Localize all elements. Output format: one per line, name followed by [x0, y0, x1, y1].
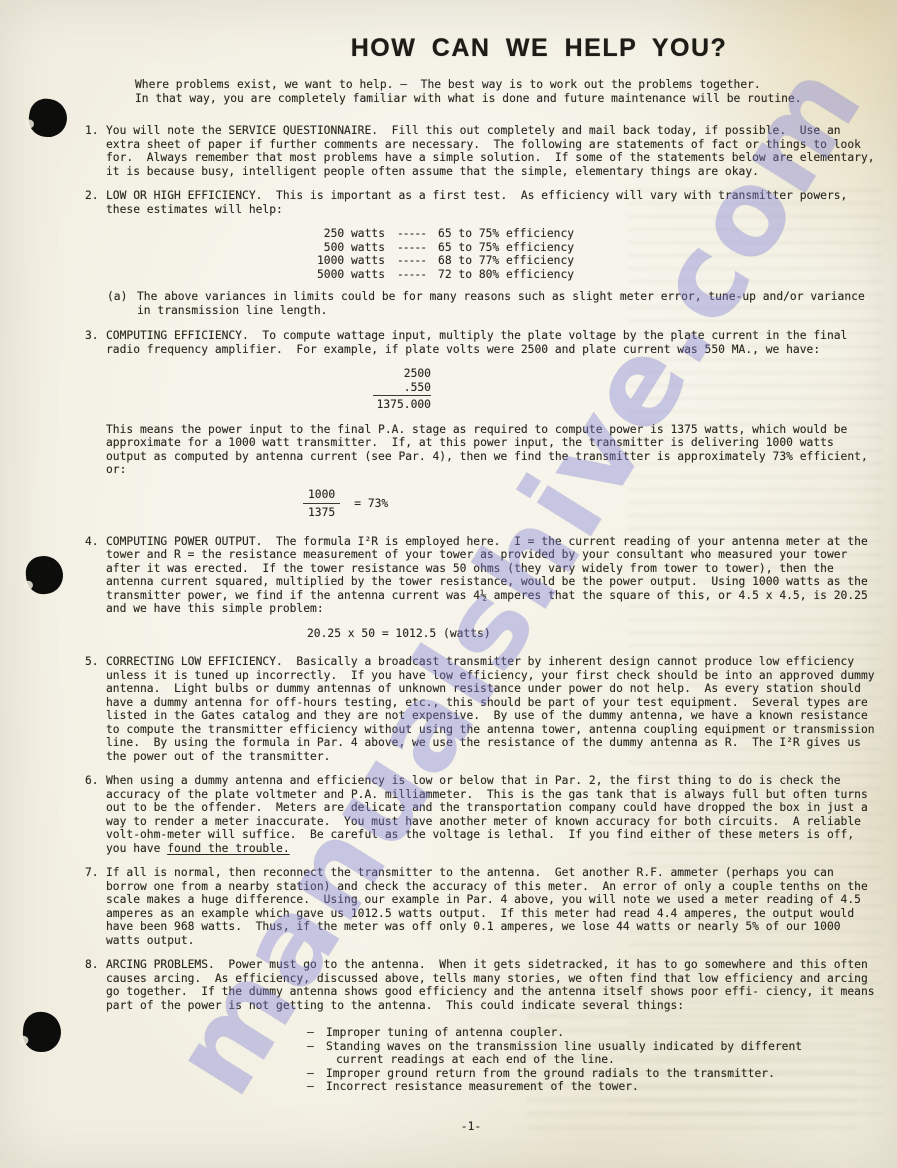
efficiency-row: 1000 watts-----68 to 77% efficiency [305, 254, 877, 268]
note-label: (a) [107, 290, 127, 304]
section-number: 3. [85, 329, 99, 343]
section-4: 4.COMPUTING POWER OUTPUT. The formula I²… [85, 535, 877, 616]
section-text: COMPUTING POWER OUTPUT. The formula I²R … [106, 535, 875, 616]
section-1: 1.You will note the SERVICE QUESTIONNAIR… [85, 124, 877, 178]
underlined-phrase: found the trouble. [167, 842, 289, 855]
page-number: -1- [75, 1120, 867, 1134]
fraction-denominator: 1375 [303, 504, 340, 520]
list-item: —Incorrect resistance measurement of the… [307, 1080, 877, 1094]
section-number: 1. [85, 124, 99, 138]
dash-separator: ----- [385, 227, 438, 241]
efficiency-value: 72 to 80% efficiency [438, 268, 574, 282]
list-item-text: Improper tuning of antenna coupler. [326, 1026, 564, 1039]
hole-punch-mark [24, 554, 65, 596]
section-number: 6. [85, 774, 99, 788]
dash-separator: ----- [385, 268, 438, 282]
list-item-text-continued: current readings at each end of the line… [326, 1053, 877, 1067]
section-3-continued: This means the power input to the final … [85, 423, 877, 477]
bullet-dash: — [307, 1080, 314, 1094]
section-number: 8. [85, 958, 99, 972]
section-text: ARCING PROBLEMS. Power must go to the an… [106, 958, 881, 1012]
multiplier: .550 [373, 381, 431, 397]
list-item: —Standing waves on the transmission line… [307, 1040, 877, 1067]
efficiency-value: 65 to 75% efficiency [438, 227, 574, 241]
intro-line: In that way, you are completely familiar… [135, 92, 877, 106]
section-number: 2. [85, 189, 99, 203]
section-3: 3.COMPUTING EFFICIENCY. To compute watta… [85, 329, 877, 356]
efficiency-table: 250 watts-----65 to 75% efficiency 500 w… [305, 227, 877, 281]
section-text: You will note the SERVICE QUESTIONNAIRE.… [106, 124, 881, 178]
section-number: 7. [85, 866, 99, 880]
section-text: If all is normal, then reconnect the tra… [106, 866, 875, 947]
scanned-document-page: manualshive.com HOW CAN WE HELP YOU? Whe… [0, 0, 897, 1168]
list-item-text: Standing waves on the transmission line … [326, 1040, 802, 1053]
efficiency-value: 65 to 75% efficiency [438, 241, 574, 255]
fraction: 1000 1375 [303, 488, 340, 520]
section-text: CORRECTING LOW EFFICIENCY. Basically a b… [106, 655, 881, 763]
list-item-text: Incorrect resistance measurement of the … [326, 1080, 639, 1093]
hole-punch-mark [22, 1011, 63, 1054]
section-6: 6.When using a dummy antenna and efficie… [85, 774, 877, 855]
watts-value: 250 watts [305, 227, 385, 241]
intro-paragraph: Where problems exist, we want to help. —… [135, 78, 877, 105]
section-8: 8.ARCING PROBLEMS. Power must go to the … [85, 958, 877, 1012]
section-2: 2.LOW OR HIGH EFFICIENCY. This is import… [85, 189, 877, 216]
multiplicand: 2500 [325, 367, 431, 381]
page-title: HOW CAN WE HELP YOU? [143, 34, 897, 62]
efficiency-value: 68 to 77% efficiency [438, 254, 574, 268]
power-output-formula: 20.25 x 50 = 1012.5 (watts) [307, 627, 877, 641]
arcing-causes-list: —Improper tuning of antenna coupler. —St… [307, 1026, 877, 1094]
bullet-dash: — [307, 1040, 314, 1054]
watts-value: 5000 watts [305, 268, 385, 282]
document-content: HOW CAN WE HELP YOU? Where problems exis… [85, 34, 877, 1133]
note-text: The above variances in limits could be f… [137, 290, 872, 317]
product: 1375.000 [325, 396, 431, 412]
efficiency-row: 5000 watts-----72 to 80% efficiency [305, 268, 877, 282]
fraction-numerator: 1000 [303, 488, 340, 505]
list-item: —Improper tuning of antenna coupler. [307, 1026, 877, 1040]
section-7: 7.If all is normal, then reconnect the t… [85, 866, 877, 947]
bullet-dash: — [307, 1026, 314, 1040]
section-text: COMPUTING EFFICIENCY. To compute wattage… [106, 329, 854, 356]
intro-line: Where problems exist, we want to help. —… [135, 78, 877, 92]
watts-value: 500 watts [305, 241, 385, 255]
fraction-result: = 73% [354, 497, 388, 511]
efficiency-row: 500 watts-----65 to 75% efficiency [305, 241, 877, 255]
list-item-text: Improper ground return from the ground r… [326, 1067, 775, 1080]
section-2a-note: (a)The above variances in limits could b… [85, 290, 877, 317]
dash-separator: ----- [385, 241, 438, 255]
section-text: This means the power input to the final … [106, 423, 875, 477]
multiplication-example: 2500 .550 1375.000 [325, 367, 431, 412]
section-text: LOW OR HIGH EFFICIENCY. This is importan… [106, 189, 854, 216]
hole-punch-mark [27, 97, 70, 140]
list-item: —Improper ground return from the ground … [307, 1067, 877, 1081]
section-5: 5.CORRECTING LOW EFFICIENCY. Basically a… [85, 655, 877, 763]
section-number: 4. [85, 535, 99, 549]
bullet-dash: — [307, 1067, 314, 1081]
efficiency-fraction: 1000 1375 = 73% [303, 488, 877, 520]
efficiency-row: 250 watts-----65 to 75% efficiency [305, 227, 877, 241]
watts-value: 1000 watts [305, 254, 385, 268]
section-number: 5. [85, 655, 99, 669]
dash-separator: ----- [385, 254, 438, 268]
